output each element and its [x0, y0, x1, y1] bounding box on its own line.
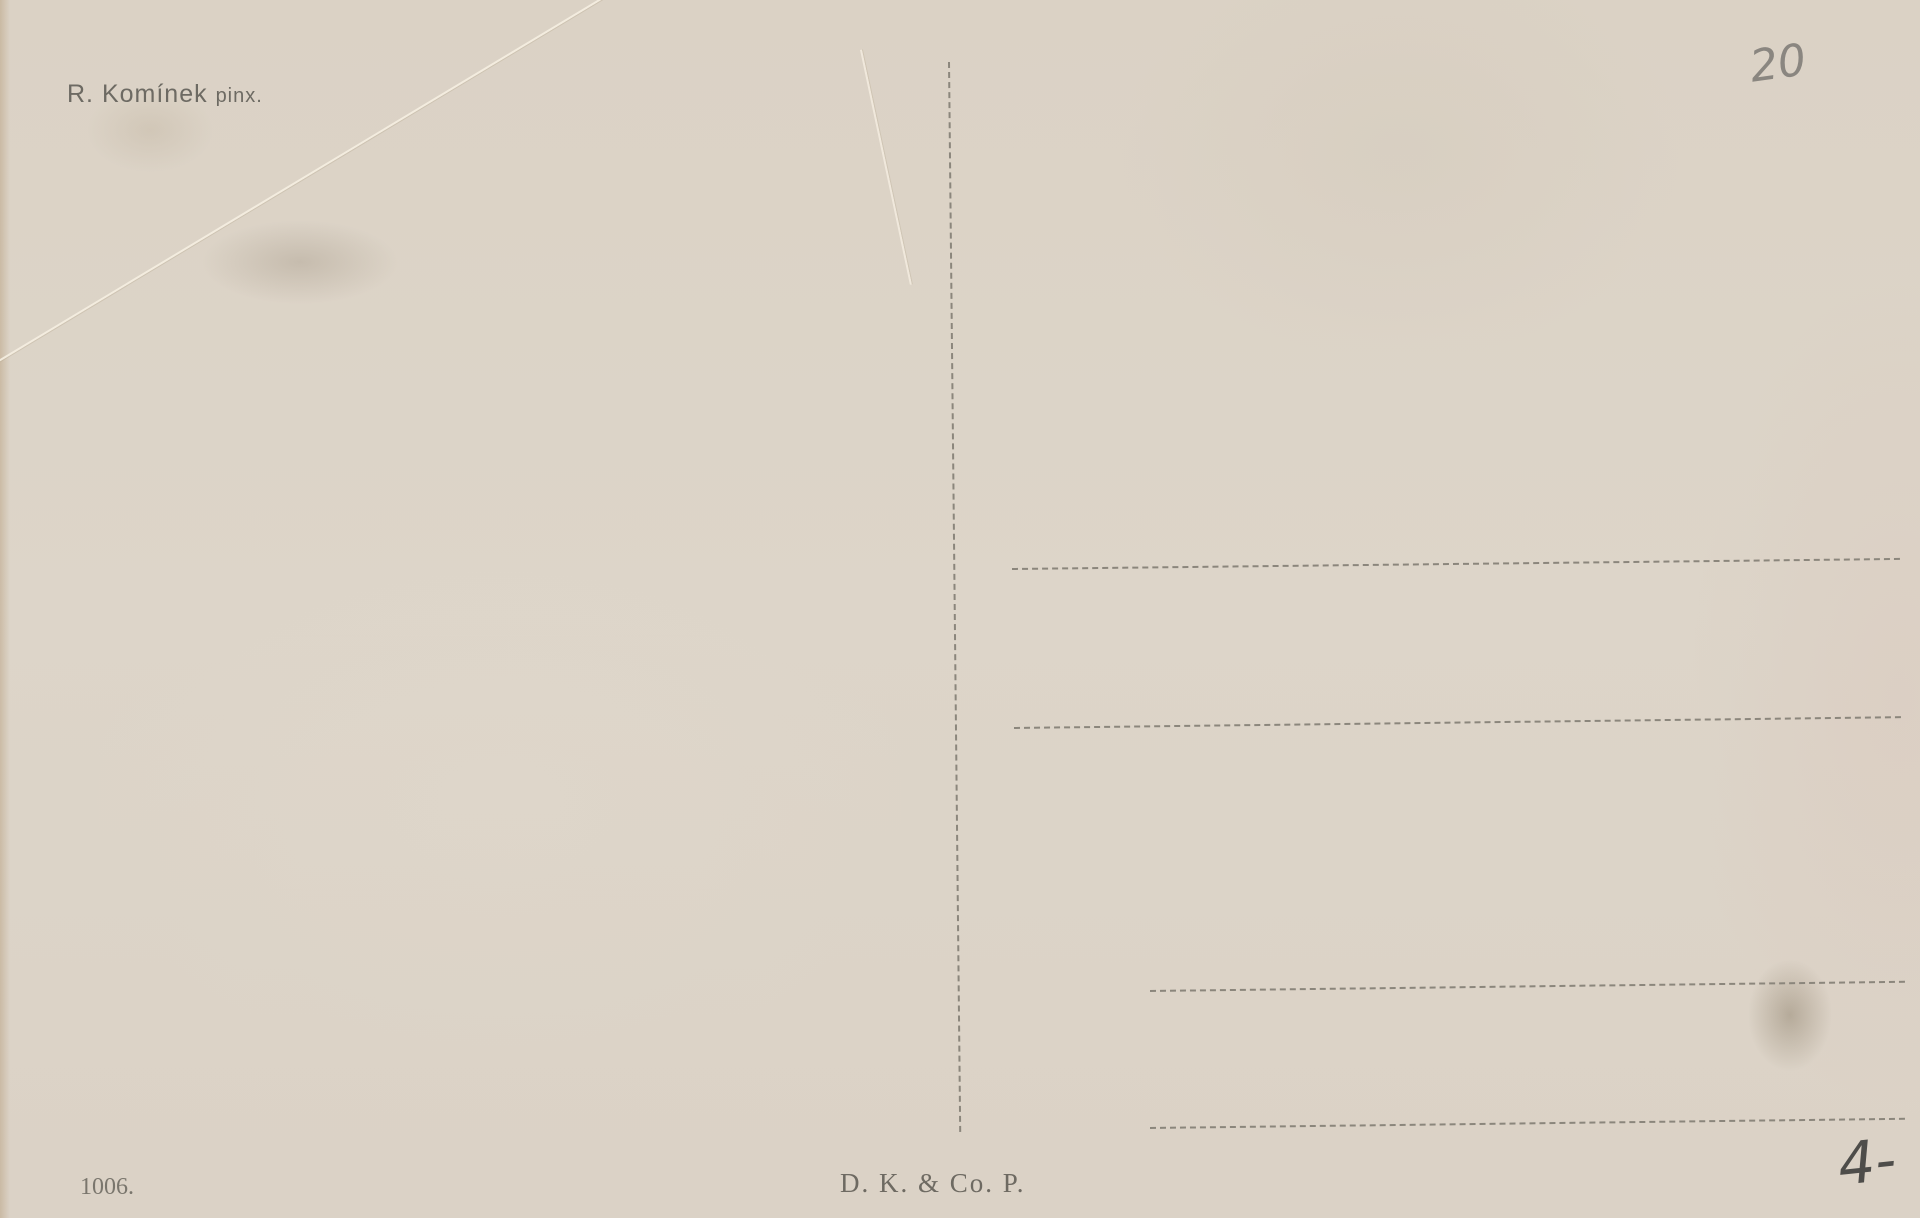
- worn-left-edge: [0, 0, 10, 1218]
- serial-number: 1006.: [80, 1174, 134, 1201]
- publisher-imprint: D. K. & Co. P.: [840, 1168, 1026, 1199]
- artist-name: R. Komínek: [67, 80, 208, 108]
- artist-credit: R. Komínek pinx.: [67, 80, 263, 109]
- artist-suffix: pinx.: [216, 85, 263, 107]
- pencil-note-top-right: 20: [1747, 34, 1810, 92]
- pencil-note-bottom-right: 4-: [1835, 1125, 1900, 1199]
